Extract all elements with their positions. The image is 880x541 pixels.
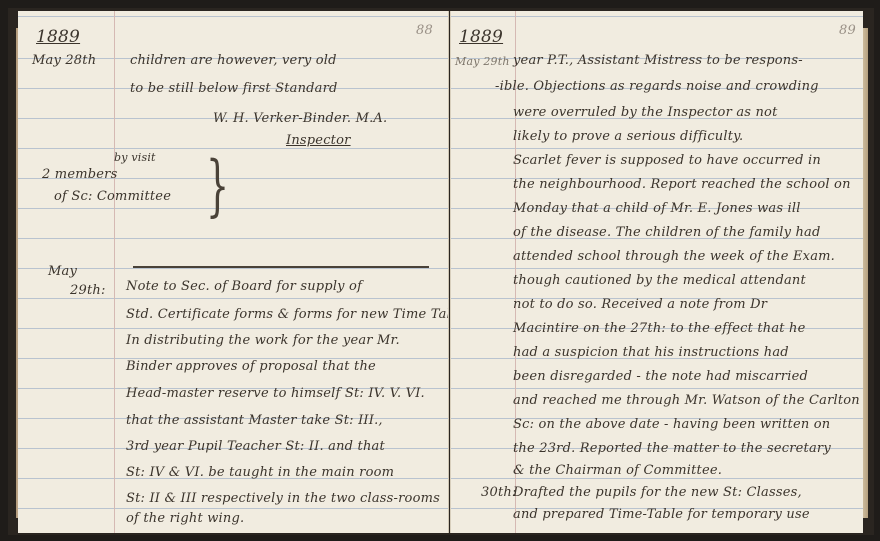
log-book-spread: 88 1889 May 28th children are however, v… xyxy=(8,8,874,535)
entry-line: and reached me through Mr. Watson of the… xyxy=(513,393,860,408)
year-heading: 1889 xyxy=(459,27,503,47)
entry-date: May 28th xyxy=(32,53,96,68)
entry-line: of the right wing. xyxy=(126,511,244,526)
entry-date: May 29th xyxy=(455,55,510,68)
page-number: 89 xyxy=(839,23,856,38)
page-number: 88 xyxy=(416,23,433,38)
entry-line: attended school through the week of the … xyxy=(513,249,835,264)
entry-line: and prepared Time-Table for temporary us… xyxy=(513,507,810,522)
entry-line: likely to prove a serious difficulty. xyxy=(513,129,743,144)
entry-line: the 23rd. Reported the matter to the sec… xyxy=(513,441,831,456)
entry-line: 3rd year Pupil Teacher St: II. and that xyxy=(126,439,385,454)
entry-date: 30th: xyxy=(481,485,517,500)
entry-date: 29th: xyxy=(70,283,106,298)
entry-line: not to do so. Received a note from Dr xyxy=(513,297,767,312)
side-note-line: 2 members xyxy=(42,167,117,182)
entry-line: had a suspicion that his instructions ha… xyxy=(513,345,789,360)
section-divider xyxy=(133,266,429,268)
year-heading: 1889 xyxy=(36,27,80,47)
entry-line: Macintire on the 27th: to the effect tha… xyxy=(513,321,806,336)
right-page: 89 1889 May 29th year P.T., Assistant Mi… xyxy=(450,11,863,533)
brace-mark: } xyxy=(206,147,229,224)
side-note-line: of Sc: Committee xyxy=(54,189,171,204)
entry-line: been disregarded - the note had miscarri… xyxy=(513,369,808,384)
side-note-superscript: by visit xyxy=(114,151,156,164)
entry-line: St: II & III respectively in the two cla… xyxy=(126,491,440,506)
entry-line: -ible. Objections as regards noise and c… xyxy=(495,79,819,94)
entry-line: In distributing the work for the year Mr… xyxy=(126,333,400,348)
margin-rule xyxy=(114,11,115,533)
signature-title: Inspector xyxy=(286,133,351,148)
entry-line: Scarlet fever is supposed to have occurr… xyxy=(513,153,821,168)
entry-line: & the Chairman of Committee. xyxy=(513,463,722,478)
entry-line: of the disease. The children of the fami… xyxy=(513,225,821,240)
entry-line: though cautioned by the medical attendan… xyxy=(513,273,806,288)
entry-line: St: IV & VI. be taught in the main room xyxy=(126,465,394,480)
entry-line: Std. Certificate forms & forms for new T… xyxy=(126,307,449,322)
entry-date: May xyxy=(48,264,77,279)
entry-line: Monday that a child of Mr. E. Jones was … xyxy=(513,201,801,216)
entry-line: Binder approves of proposal that the xyxy=(126,359,376,374)
entry-line: Note to Sec. of Board for supply of xyxy=(126,279,362,294)
signature-name: W. H. Verker-Binder. M.A. xyxy=(213,111,387,126)
entry-line: children are however, very old xyxy=(130,53,337,68)
entry-line: that the assistant Master take St: III., xyxy=(126,413,383,428)
entry-line: were overruled by the Inspector as not xyxy=(513,105,778,120)
entry-line: the neighbourhood. Report reached the sc… xyxy=(513,177,851,192)
entry-line: to be still below first Standard xyxy=(130,81,338,96)
entry-line: Drafted the pupils for the new St: Class… xyxy=(513,485,802,500)
left-page: 88 1889 May 28th children are however, v… xyxy=(18,11,449,533)
entry-line: year P.T., Assistant Mistress to be resp… xyxy=(513,53,803,68)
entry-line: Sc: on the above date - having been writ… xyxy=(513,417,830,432)
entry-line: Head-master reserve to himself St: IV. V… xyxy=(126,386,425,401)
